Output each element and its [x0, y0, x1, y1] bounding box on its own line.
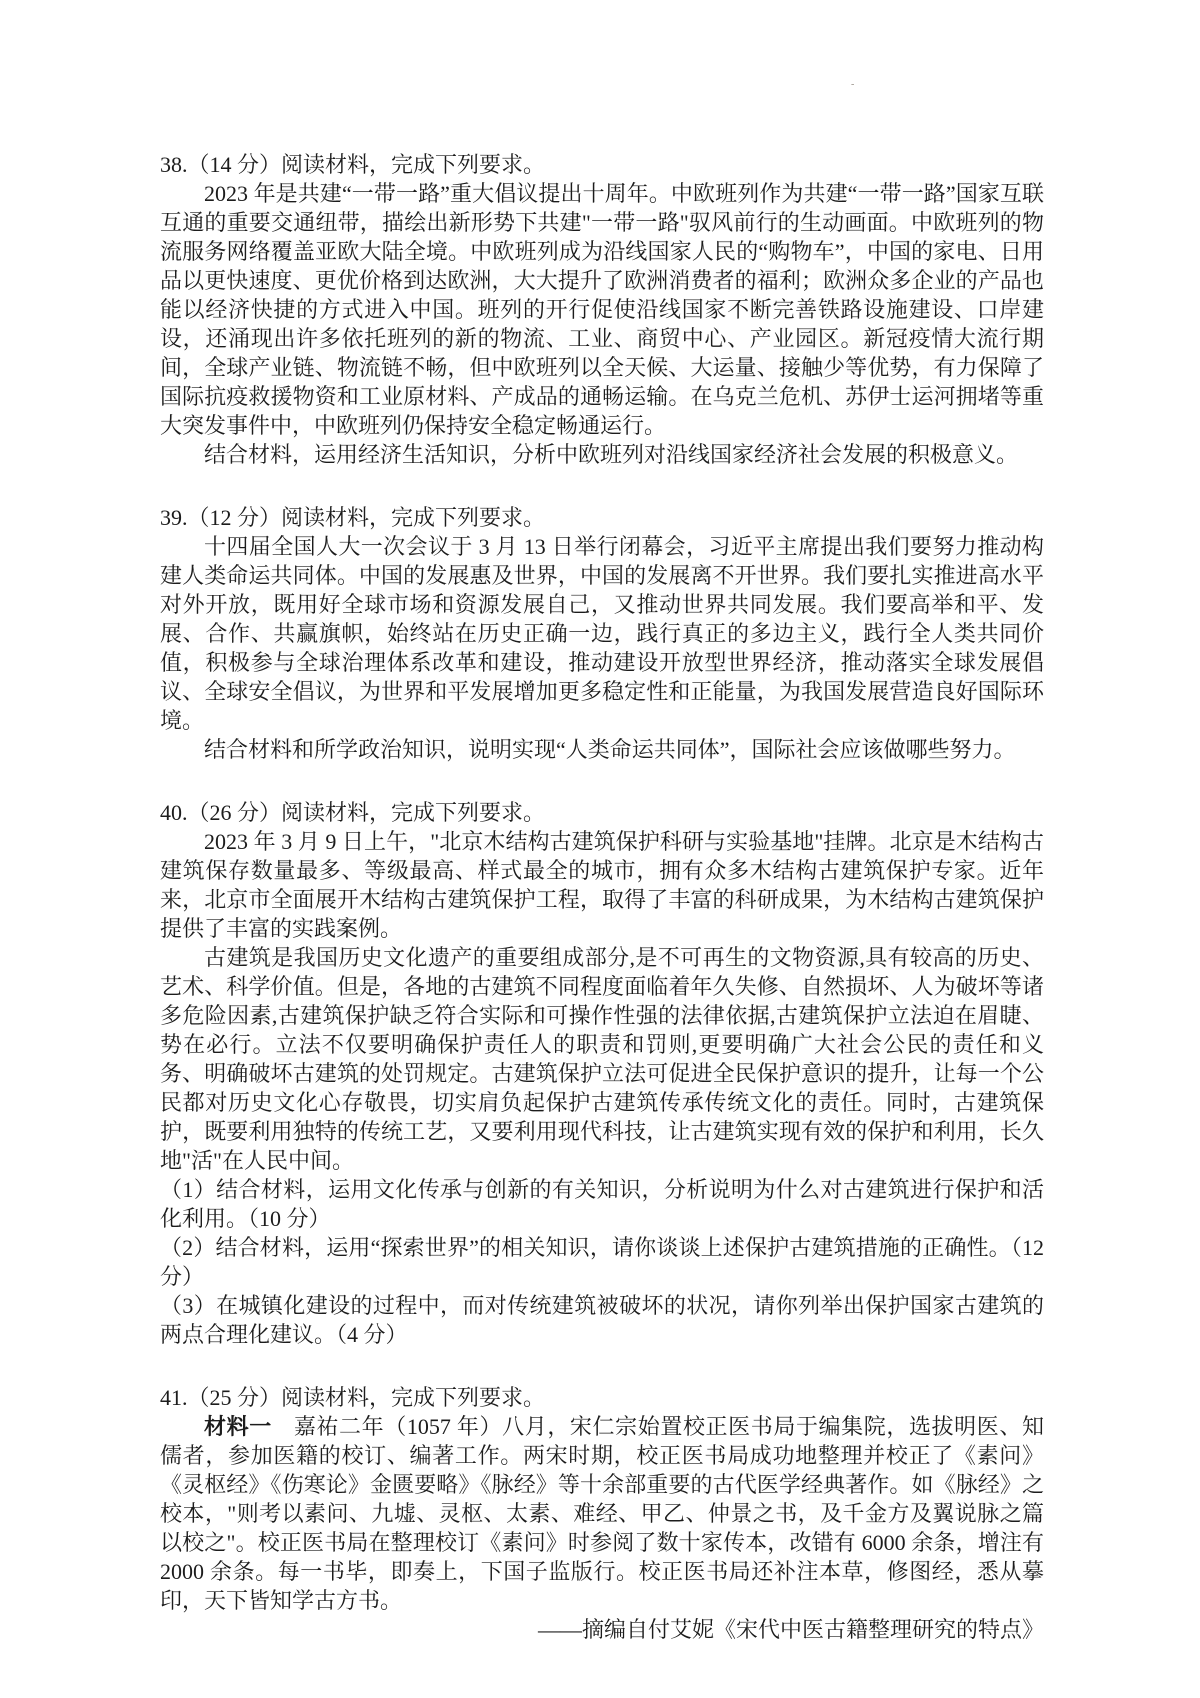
question-39-material-paragraph: 十四届全国人大一次会议于 3 月 13 日举行闭幕会，习近平主席提出我们要努力推…: [160, 532, 1044, 735]
question-38-header: 38.（14 分）阅读材料，完成下列要求。: [160, 150, 1044, 179]
question-39-header: 39.（12 分）阅读材料，完成下列要求。: [160, 503, 1044, 532]
question-40: 40.（26 分）阅读材料，完成下列要求。 2023 年 3 月 9 日上午，"…: [160, 798, 1044, 1349]
question-39: 39.（12 分）阅读材料，完成下列要求。 十四届全国人大一次会议于 3 月 1…: [160, 503, 1044, 764]
question-40-header: 40.（26 分）阅读材料，完成下列要求。: [160, 798, 1044, 827]
question-40-material-paragraph-2: 古建筑是我国历史文化遗产的重要组成部分,是不可再生的文物资源,具有较高的历史、艺…: [160, 943, 1044, 1175]
question-39-task: 结合材料和所学政治知识，说明实现“人类命运共同体”，国际社会应该做哪些努力。: [160, 735, 1044, 764]
question-41-material-paragraph: 材料一嘉祐二年（1057 年）八月，宋仁宗始置校正医书局于编集院，选拔明医、知儒…: [160, 1412, 1044, 1615]
material-one-text: 嘉祐二年（1057 年）八月，宋仁宗始置校正医书局于编集院，选拔明医、知儒者，参…: [160, 1414, 1044, 1613]
question-38: 38.（14 分）阅读材料，完成下列要求。 2023 年是共建“一带一路”重大倡…: [160, 150, 1044, 469]
question-40-subquestion-3: （3）在城镇化建设的过程中，而对传统建筑被破坏的状况，请你列举出保护国家古建筑的…: [160, 1291, 1044, 1349]
question-41-header: 41.（25 分）阅读材料，完成下列要求。: [160, 1383, 1044, 1412]
question-40-subquestion-1: （1）结合材料，运用文化传承与创新的有关知识，分析说明为什么对古建筑进行保护和活…: [160, 1175, 1044, 1233]
question-41: 41.（25 分）阅读材料，完成下列要求。 材料一嘉祐二年（1057 年）八月，…: [160, 1383, 1044, 1644]
material-one-label: 材料一: [204, 1414, 272, 1439]
question-41-source-attribution: ——摘编自付艾妮《宋代中医古籍整理研究的特点》: [160, 1615, 1044, 1644]
question-40-subquestion-2: （2）结合材料，运用“探索世界”的相关知识，请你谈谈上述保护古建筑措施的正确性。…: [160, 1233, 1044, 1291]
stray-mark: -: [851, 80, 854, 90]
question-38-task: 结合材料，运用经济生活知识，分析中欧班列对沿线国家经济社会发展的积极意义。: [160, 440, 1044, 469]
exam-paper-page: 38.（14 分）阅读材料，完成下列要求。 2023 年是共建“一带一路”重大倡…: [160, 150, 1044, 1678]
question-40-material-paragraph-1: 2023 年 3 月 9 日上午，"北京木结构古建筑保护科研与实验基地"挂牌。北…: [160, 827, 1044, 943]
question-38-material-paragraph: 2023 年是共建“一带一路”重大倡议提出十周年。中欧班列作为共建“一带一路”国…: [160, 179, 1044, 440]
